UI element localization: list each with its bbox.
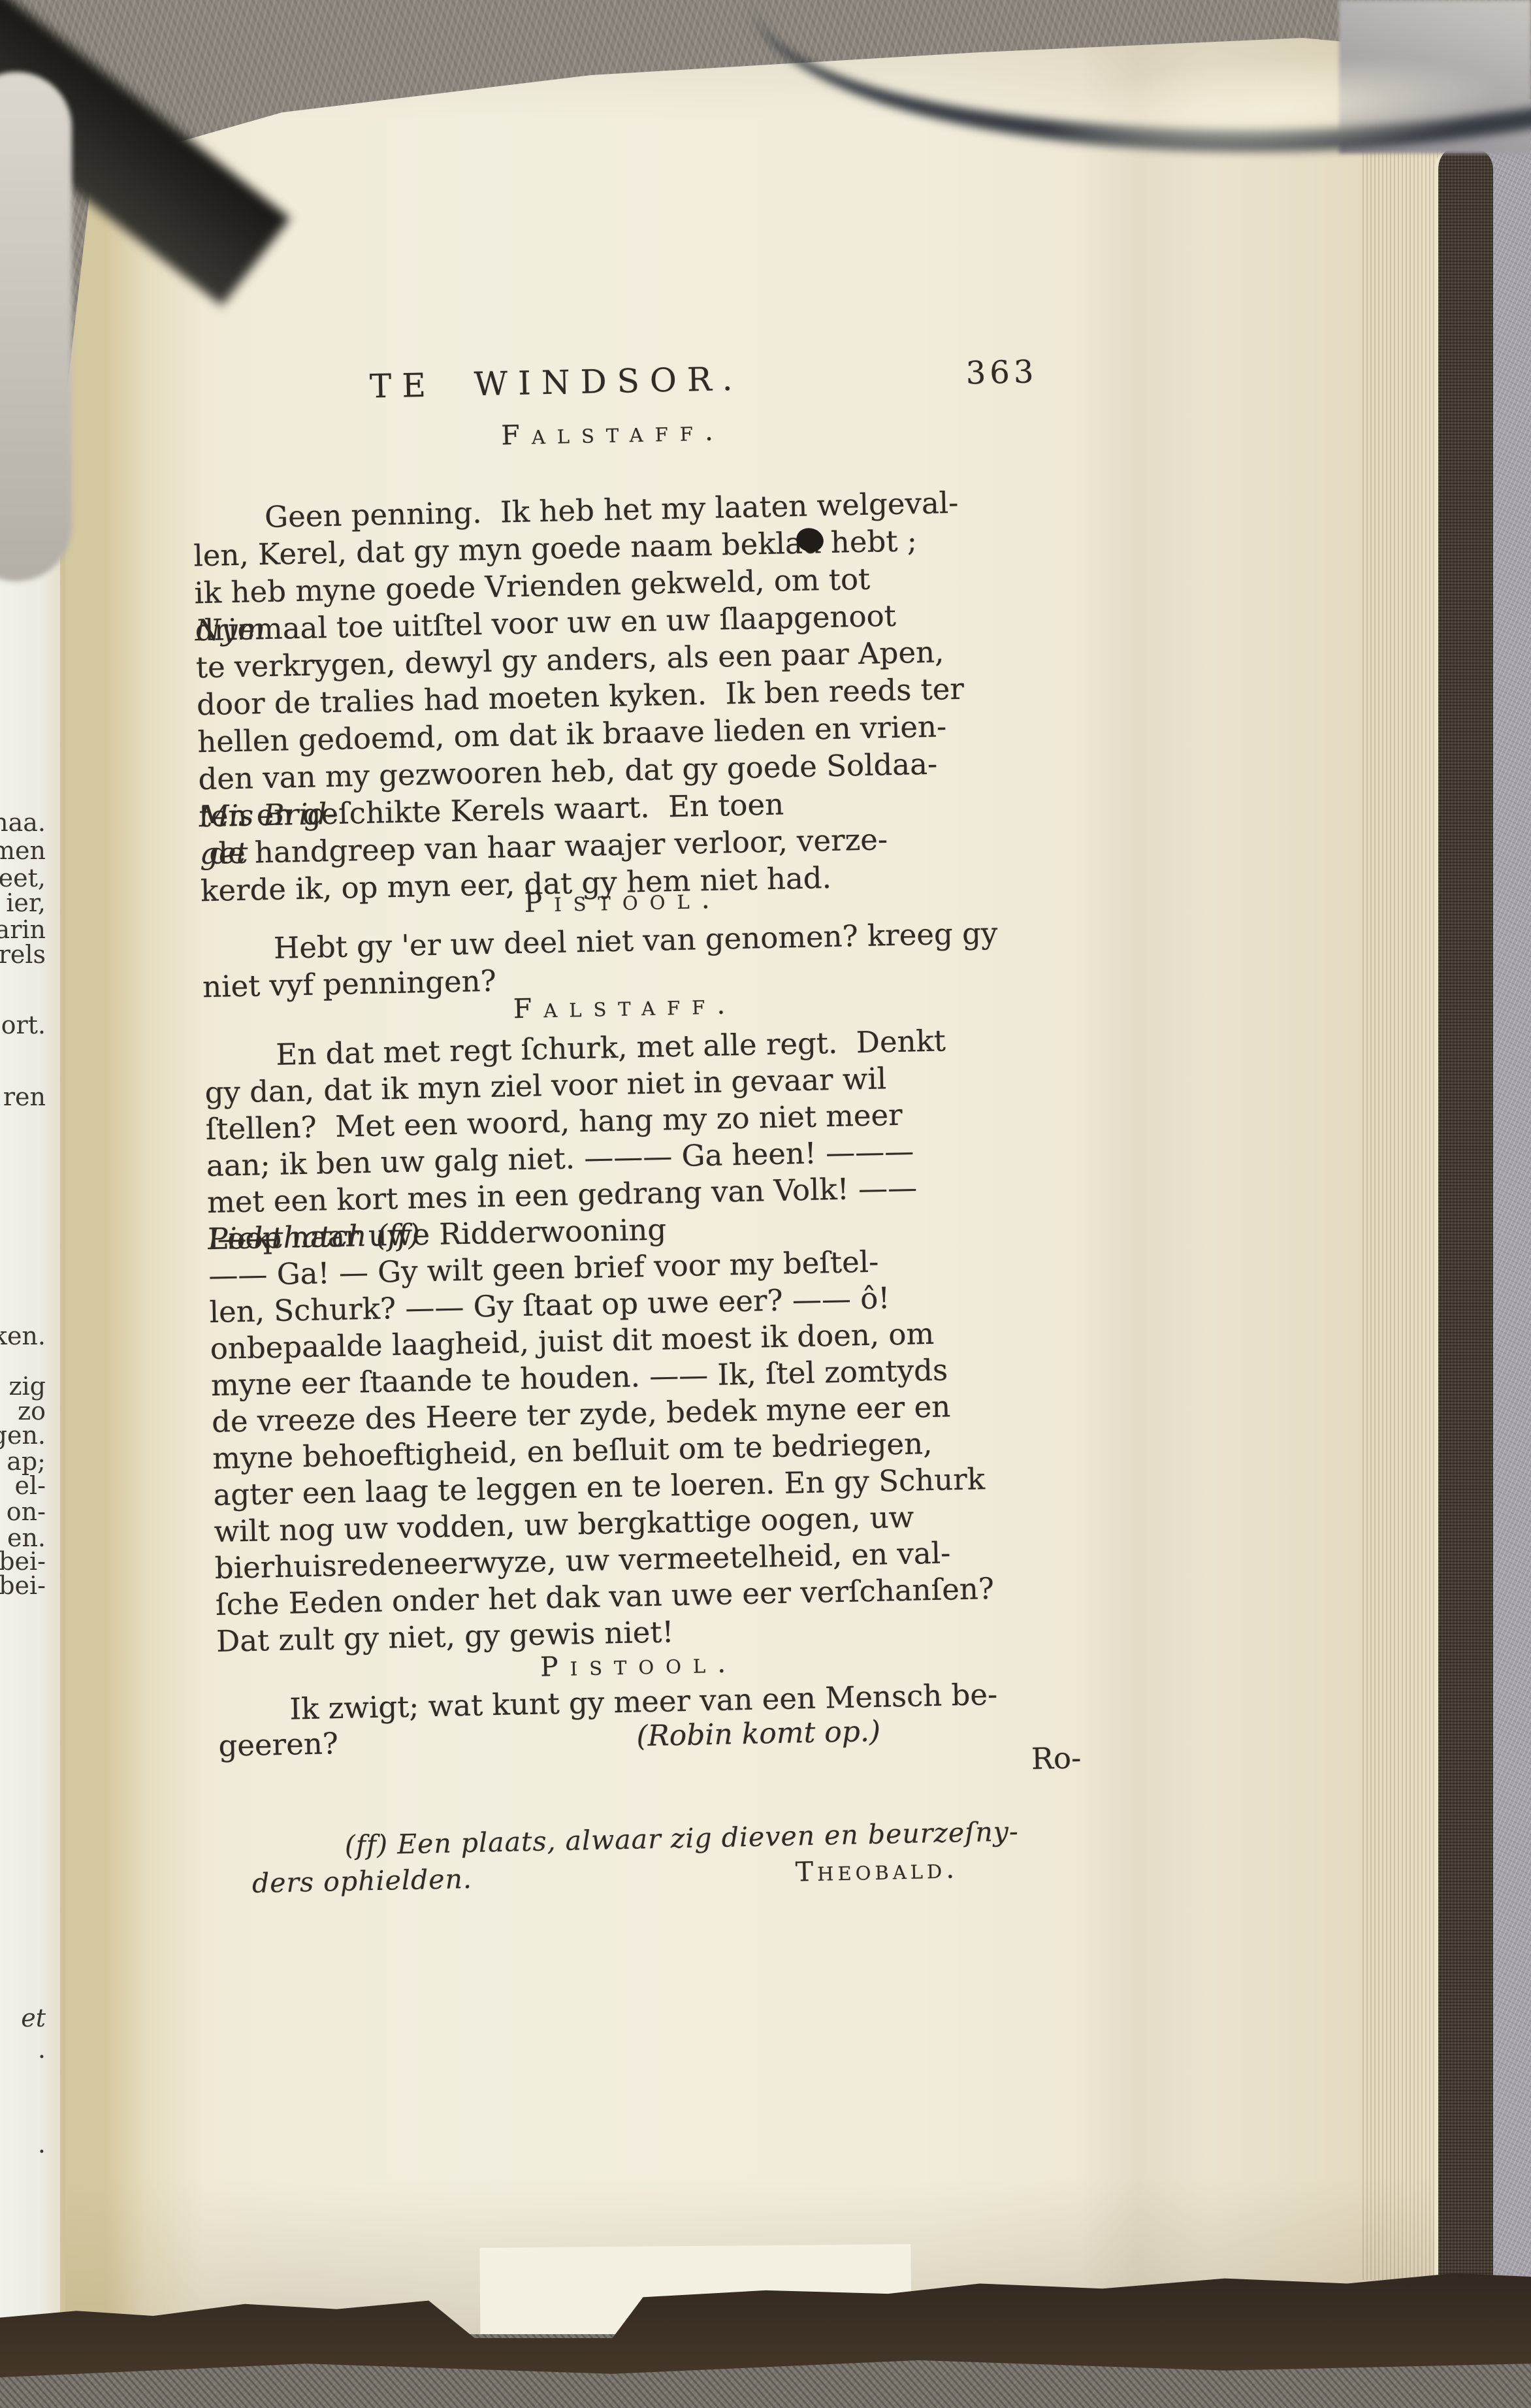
fabric-highlight-fold (0, 72, 72, 581)
running-title: TE WINDSOR. (369, 360, 743, 406)
text-line: Geen penning. Ik heb het my laaten welge… (193, 482, 1037, 500)
speaker-heading: Falstaff. (191, 408, 1035, 457)
book-photo-scene: rhaa. men eet, ier, arin rels oort. ren … (0, 0, 1531, 2408)
page-number: 363 (965, 353, 1038, 391)
footnote-line: (ff) Een plaats, alwaar zig dieven en be… (220, 1812, 1064, 1829)
page-content: TE WINDSOR. 363 Falstaff. Geen penning. … (0, 0, 1531, 2408)
bottom-shadow-band (0, 2237, 1531, 2408)
footnote-attribution: Theobald. (795, 1853, 958, 1887)
